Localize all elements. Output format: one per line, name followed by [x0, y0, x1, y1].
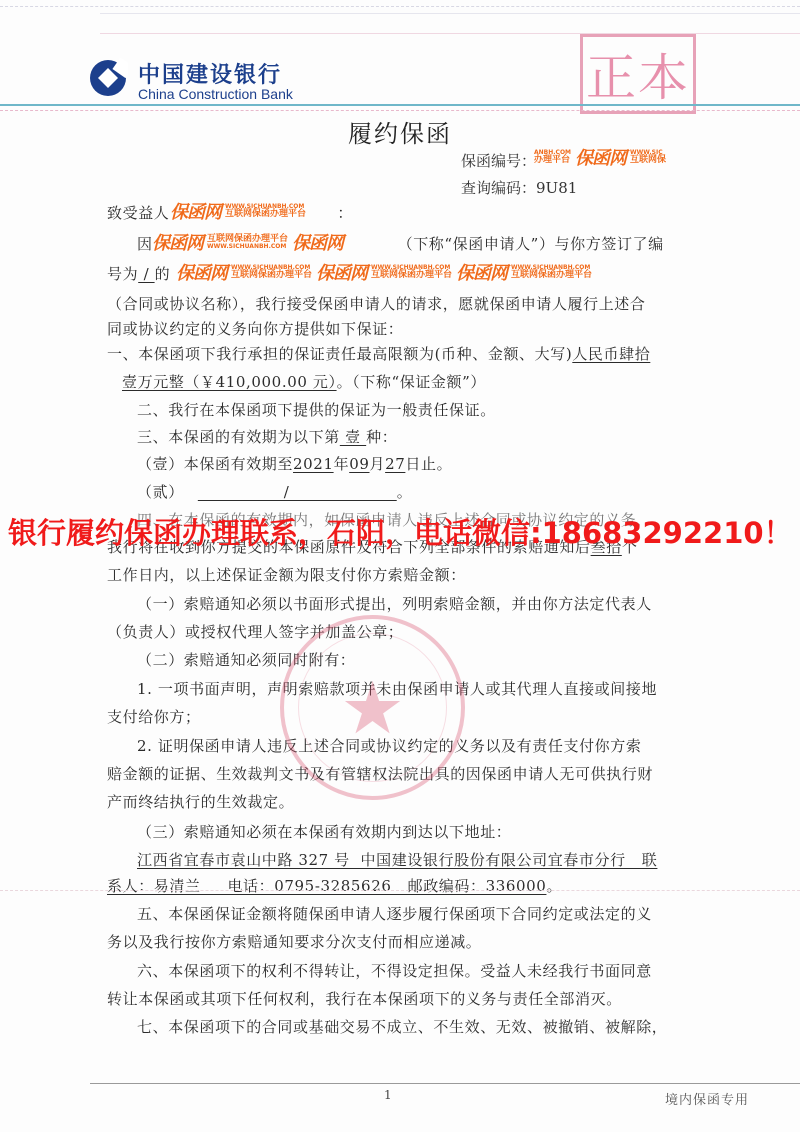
watermark-logo: 保函网	[316, 259, 367, 285]
watermark-text: 互联网保函办理平台	[231, 271, 312, 280]
original-copy-stamp: 正本	[580, 34, 696, 114]
salutation-suffix: ：	[337, 204, 353, 222]
clause-5: 五、本保函保证金额将随保函申请人逐步履行保函项下合同约定或法定的义	[137, 904, 652, 924]
scan-line	[100, 13, 800, 14]
condition-1: （一）索赔通知必须以书面形式提出，列明索赔金额，并由你方法定代表人	[137, 594, 652, 614]
watermark-logo: 保函网	[292, 229, 343, 255]
clause-2: 二、我行在本保函项下提供的保证为一般责任保证。	[137, 400, 496, 420]
validity-option-2: （贰） / 。	[137, 482, 412, 502]
watermark-logo: 保函网	[176, 259, 227, 285]
text: （贰）	[137, 483, 184, 501]
expiry-month: 09	[349, 455, 369, 473]
address-text: 江西省宜春市袁山中路 327 号 中国建设银行股份有限公司宜春市分行 联	[137, 851, 657, 869]
paragraph-contract-number: 号为 / 的	[107, 264, 170, 284]
bank-seal: ★	[280, 615, 465, 800]
watermark-stamp: 保函网 WWW.SICHUANBH.COM互联网保函办理平台	[170, 198, 335, 224]
text: 月	[370, 455, 386, 473]
watermark-logo: 保函网	[456, 259, 507, 285]
watermark-text: 互联网保函办理平台	[511, 271, 592, 280]
header-divider	[0, 104, 800, 106]
watermark-text: 互联网保函办理平台	[371, 271, 452, 280]
clause-1: 一、本保函项下我行承担的保证责任最高限额为(币种、金额、大写)人民币肆拾	[107, 344, 650, 364]
text: 的	[155, 265, 171, 283]
text: 号为	[107, 265, 138, 283]
guarantee-amount: 人民币肆拾	[572, 345, 650, 363]
contract-number: /	[138, 265, 154, 283]
text: 种：	[366, 428, 397, 446]
blank-field: /	[198, 483, 397, 501]
claim-address-cont: 系人：易清兰 电话：0795-3285626 邮政编码：336000。	[107, 876, 562, 896]
bank-logo: 中国建设银行 China Construction Bank	[88, 58, 328, 108]
paragraph: （合同或协议名称），我行接受保函申请人的请求，愿就保函申请人履行上述合	[107, 294, 646, 314]
claim-address: 江西省宜春市袁山中路 327 号 中国建设银行股份有限公司宜春市分行 联	[137, 850, 657, 870]
scan-line	[0, 890, 800, 891]
condition-2-1-cont: 支付给你方；	[107, 707, 201, 727]
condition-3: （三）索赔通知必须在本保函有效期内到达以下地址：	[137, 822, 511, 842]
text: 因	[137, 235, 153, 253]
salutation-prefix: 致受益人	[107, 204, 169, 222]
watermark-stamp: 保函网 互联网保函办理平台WWW.SICHUANBH.COM 保函网	[152, 229, 397, 255]
page-number: 1	[384, 1088, 392, 1102]
clause-7: 七、本保函项下的合同或基础交易不成立、不生效、无效、被撤销、被解除，	[137, 1017, 667, 1037]
clause-6-cont: 转让本保函或其项下任何权利，我行在本保函项下的义务与责任全部消灭。	[107, 989, 622, 1009]
query-code-value: 9U81	[536, 179, 577, 197]
watermark-text: 办理平台	[534, 156, 571, 165]
query-code: 查询编码：9U81	[461, 177, 577, 198]
watermark-logo: 保函网	[170, 198, 221, 224]
text: 。	[546, 877, 562, 895]
text: （壹）本保函有效期至	[137, 455, 293, 473]
footer-divider	[90, 1083, 800, 1084]
text: 三、本保函的有效期为以下第	[137, 428, 340, 446]
watermark-text: 互联网保	[630, 156, 666, 165]
clause-1-cont: 壹万元整（￥410,000.00 元）。（下称“保证金额”）	[122, 372, 486, 392]
watermark-logo: 保函网	[575, 144, 626, 170]
footer-label: 境内保函专用	[665, 1089, 749, 1108]
validity-option-1: （壹）本保函有效期至2021年09月27日止。	[137, 454, 452, 474]
paragraph: 同或协议约定的义务向你方提供如下保证：	[107, 319, 403, 339]
star-icon: ★	[340, 666, 405, 750]
validity-option: 壹	[340, 428, 366, 446]
expiry-day: 27	[385, 455, 405, 473]
clause-3: 三、本保函的有效期为以下第 壹 种：	[137, 427, 397, 447]
text: 年	[334, 455, 350, 473]
watermark-text: WWW.SICHUANBH.COM	[207, 244, 288, 250]
guarantee-number: 保函编号：	[461, 150, 536, 171]
scan-line	[0, 6, 800, 7]
ccb-logo-icon	[88, 58, 128, 98]
watermark-stamp: ANBH.COM办理平台 保函网 WWW.SIC互联网保	[534, 144, 784, 170]
text: （下称“保函申请人”）与你方签订了编	[398, 235, 664, 253]
bank-name-cn: 中国建设银行	[138, 58, 282, 89]
bank-name-en: China Construction Bank	[138, 86, 293, 102]
header-divider	[0, 110, 800, 111]
guarantee-document-page: 中国建设银行 China Construction Bank 正本 履约保函 保…	[0, 0, 800, 1132]
watermark-stamp: 保函网 WWW.SICHUANBH.COM互联网保函办理平台 保函网 WWW.S…	[176, 259, 776, 285]
contact-info: 系人：易清兰 电话：0795-3285626 邮政编码：336000	[107, 877, 546, 895]
guarantee-number-label: 保函编号：	[461, 152, 536, 170]
text: 。（下称“保证金额”）	[337, 373, 486, 391]
advertising-overlay-text: 银行履约保函办理联系，石阳，电话微信:18683292210！	[8, 511, 793, 552]
clause-4-cont: 工作日内，以上述保证金额为限支付你方索赔金额：	[107, 565, 466, 585]
expiry-year: 2021	[293, 455, 334, 473]
watermark-text: 互联网保函办理平台	[225, 210, 306, 219]
text: 日止。	[405, 455, 452, 473]
condition-2-2-cont: 产而终结执行的生效裁定。	[107, 792, 294, 812]
query-code-label: 查询编码：	[461, 179, 536, 197]
watermark-logo: 保函网	[152, 229, 203, 255]
guarantee-amount: 壹万元整（￥410,000.00 元）	[122, 373, 337, 391]
text: 。	[397, 483, 413, 501]
text: 一、本保函项下我行承担的保证责任最高限额为(币种、金额、大写)	[107, 345, 572, 363]
clause-5-cont: 务以及我行按你方索赔通知要求分次支付而相应递减。	[107, 932, 481, 952]
clause-6: 六、本保函项下的权利不得转让，不得设定担保。受益人未经我行书面同意	[137, 961, 652, 981]
